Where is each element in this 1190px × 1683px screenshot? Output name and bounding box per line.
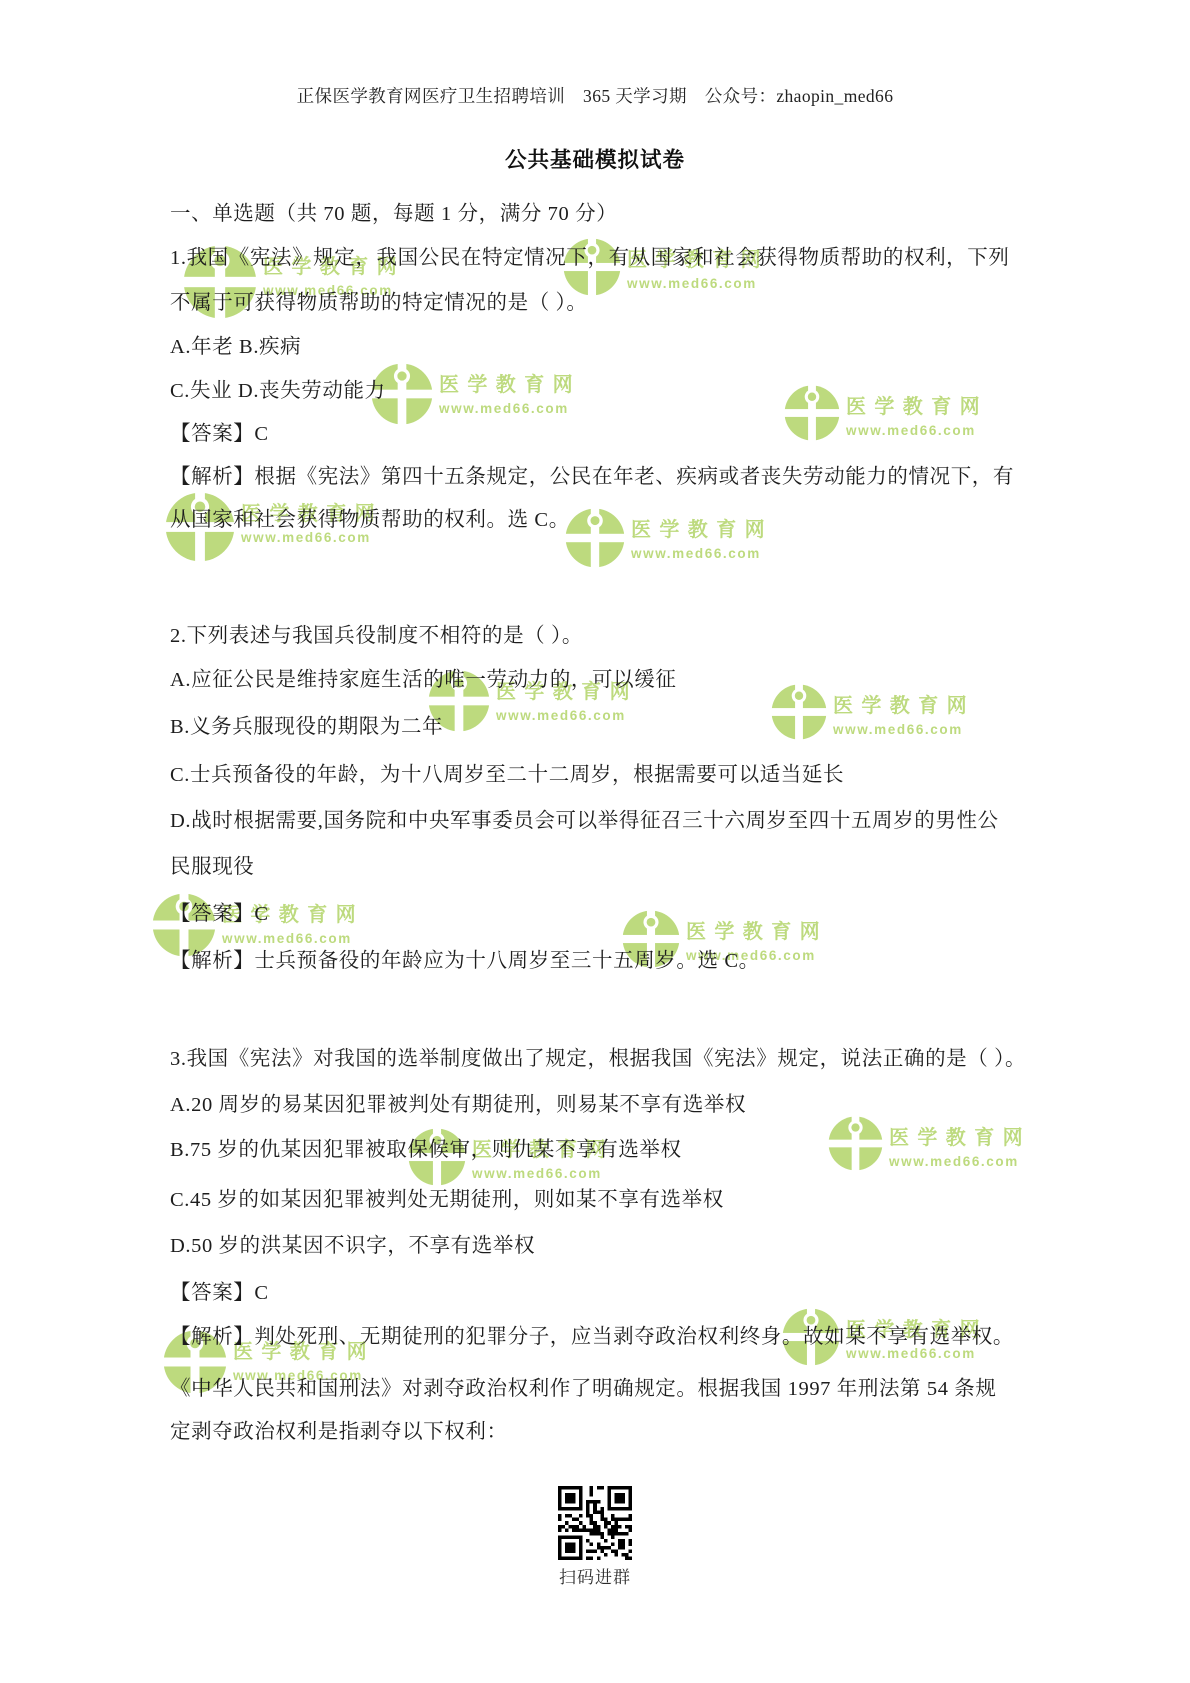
q3-analysis-line: 定剥夺政治权利是指剥夺以下权利： — [170, 1421, 508, 1445]
qr-caption: 扫码进群 — [524, 1563, 666, 1588]
q1-option-line: A.年老 B.疾病 — [170, 336, 301, 360]
med66-logo-icon — [784, 385, 840, 441]
q2-stem-line: 2.下列表述与我国兵役制度不相符的是（ ）。 — [170, 625, 583, 649]
q3-analysis-line: 【解析】判处死刑、无期徒刑的犯罪分子，应当剥夺政治权利终身。故如某不享有选举权。 — [170, 1326, 1014, 1350]
q2-option-line: C.士兵预备役的年龄，为十八周岁至二十二周岁，根据需要可以适当延长 — [170, 764, 844, 788]
q2-analysis-line: 【解析】士兵预备役的年龄应为十八周岁至三十五周岁。选 C。 — [170, 950, 760, 974]
watermark-brand-text: 医学教育网 — [439, 368, 581, 397]
watermark-url-text: www.med66.com — [439, 401, 581, 416]
watermark-url-text: www.med66.com — [833, 722, 975, 737]
q3-option-line: B.75 岁的仇某因犯罪被取保候审，则仇某不享有选举权 — [170, 1139, 682, 1163]
section-heading: 一、单选题（共 70 题，每题 1 分，满分 70 分） — [170, 203, 617, 227]
watermark-brand-text: 医学教育网 — [889, 1121, 1031, 1150]
q2-option-line: A.应征公民是维持家庭生活的唯一劳动力的，可以缓征 — [170, 669, 676, 693]
watermark-url-text: www.med66.com — [846, 423, 988, 438]
watermark-url-text: www.med66.com — [496, 708, 638, 723]
q3-option-line: D.50 岁的洪某因不识字，不享有选举权 — [170, 1235, 535, 1259]
q3-option-line: A.20 周岁的易某因犯罪被判处有期徒刑，则易某不享有选举权 — [170, 1094, 746, 1118]
watermark: 医学教育网www.med66.com — [565, 508, 773, 568]
q2-answer-line: 【答案】C — [170, 903, 269, 927]
q3-stem-line: 3.我国《宪法》对我国的选举制度做出了规定，根据我国《宪法》规定，说法正确的是（… — [170, 1048, 1026, 1072]
q1-answer-line: 【答案】C — [170, 423, 269, 447]
watermark: 医学教育网www.med66.com — [784, 385, 988, 441]
med66-logo-icon — [828, 1116, 883, 1171]
watermark-brand-text: 医学教育网 — [686, 915, 828, 944]
watermark-brand-text: 医学教育网 — [631, 513, 773, 542]
watermark: 医学教育网www.med66.com — [371, 363, 581, 425]
q3-analysis-line: 《中华人民共和国刑法》对剥夺政治权利作了明确规定。根据我国 1997 年刑法第 … — [170, 1378, 997, 1402]
q3-option-line: C.45 岁的如某因犯罪被判处无期徒刑，则如某不享有选举权 — [170, 1189, 724, 1213]
q3-answer-line: 【答案】C — [170, 1282, 269, 1306]
q1-option-line: C.失业 D.丧失劳动能力 — [170, 380, 386, 404]
watermark-url-text: www.med66.com — [222, 931, 364, 946]
watermark: 医学教育网www.med66.com — [828, 1116, 1031, 1171]
watermark-brand-text: 医学教育网 — [846, 390, 988, 419]
qr-code-image — [558, 1486, 632, 1560]
q1-stem-line: 不属于可获得物质帮助的特定情况的是（ ）。 — [170, 292, 587, 316]
watermark-brand-text: 医学教育网 — [833, 689, 975, 718]
q2-option-line: D.战时根据需要,国务院和中央军事委员会可以举得征召三十六周岁至四十五周岁的男性… — [170, 810, 999, 834]
med66-logo-icon — [565, 508, 625, 568]
q1-stem-line: 1.我国《宪法》规定，我国公民在特定情况下，有从国家和社会获得物质帮助的权利，下… — [170, 247, 1009, 271]
qr-code — [558, 1486, 632, 1560]
q1-analysis-line: 从国家和社会获得物质帮助的权利。选 C。 — [170, 509, 570, 533]
watermark: 医学教育网www.med66.com — [771, 684, 975, 740]
watermark-url-text: www.med66.com — [627, 276, 769, 291]
watermark-url-text: www.med66.com — [889, 1154, 1031, 1169]
watermark-url-text: www.med66.com — [472, 1166, 614, 1181]
watermark-url-text: www.med66.com — [631, 546, 773, 561]
q2-option-line: B.义务兵服现役的期限为二年 — [170, 716, 443, 740]
page-header: 正保医学教育网医疗卫生招聘培训 365 天学习期 公众号：zhaopin_med… — [0, 86, 1190, 106]
page-title: 公共基础模拟试卷 — [0, 148, 1190, 173]
q2-option-line: 民服现役 — [170, 856, 254, 880]
med66-logo-icon — [771, 684, 827, 740]
q1-analysis-line: 【解析】根据《宪法》第四十五条规定，公民在年老、疾病或者丧失劳动能力的情况下，有 — [170, 466, 1014, 490]
document-page: 医学教育网www.med66.com医学教育网www.med66.com医学教育… — [0, 0, 1190, 1683]
